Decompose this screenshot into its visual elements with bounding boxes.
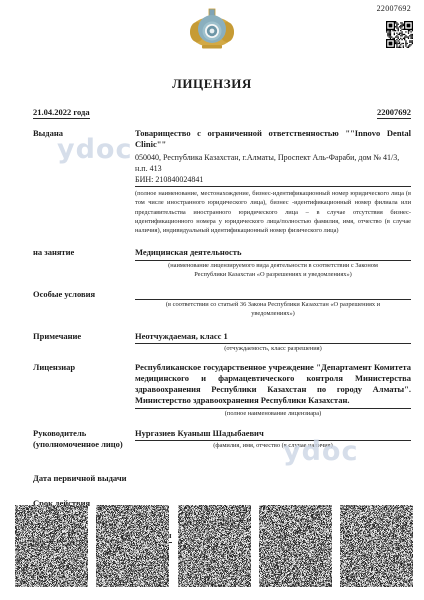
- stamp-barcode-block: [96, 505, 169, 587]
- field-activity-label: на занятие: [33, 247, 135, 258]
- stamp-barcode-block: [259, 505, 332, 587]
- field-head-label: Руководитель (уполномоченное лицо): [33, 428, 135, 450]
- field-licensor: Лицензиар Республиканское государственно…: [33, 362, 411, 419]
- licensee-name: Товарищество с ограниченной ответственно…: [135, 128, 411, 150]
- issue-line: 21.04.2022 года 22007692: [33, 107, 411, 119]
- field-activity-caption: (наименование лицензируемого вида деятел…: [135, 261, 411, 280]
- field-underline: [135, 186, 411, 187]
- document-header: 22007692: [0, 0, 424, 56]
- license-number: 22007692: [377, 107, 411, 119]
- field-special-conditions: Особые условия (в соответствии со статье…: [33, 289, 411, 319]
- field-head-caption: (фамилия, имя, отчество (в случае наличи…: [135, 441, 411, 451]
- head-value: Нургазиев Куаныш Шадыбаевич: [135, 428, 411, 439]
- licensee-address: 050040, Республика Казахстан, г.Алматы, …: [135, 153, 411, 174]
- document-number-top: 22007692: [377, 4, 411, 13]
- special-conditions-value: [135, 289, 411, 298]
- stamp-barcode-block: [340, 505, 413, 587]
- field-special-conditions-label: Особые условия: [33, 289, 135, 300]
- qr-code: [386, 21, 413, 48]
- licensor-value: Республиканское государственное учрежден…: [135, 362, 411, 407]
- stamp-barcode-row: [15, 505, 413, 587]
- field-note-caption: (отчуждаемость, класс разрешения): [135, 344, 411, 354]
- field-note: Примечание Неотчуждаемая, класс 1 (отчуж…: [33, 331, 411, 354]
- stamp-barcode-block: [178, 505, 251, 587]
- kazakhstan-coat-of-arms-icon: [189, 7, 235, 53]
- field-head: Руководитель (уполномоченное лицо) Нурга…: [33, 428, 411, 451]
- note-value: Неотчуждаемая, класс 1: [135, 331, 411, 342]
- field-special-conditions-caption: (в соответствии со статьей 36 Закона Рес…: [135, 300, 411, 319]
- field-first-issue-date: Дата первичной выдачи: [33, 473, 411, 484]
- license-document: 22007692 ЛИЦЕНЗИЯ 21.04.2022 года 220076…: [0, 0, 424, 600]
- activity-value: Медицинская деятельность: [135, 247, 411, 258]
- field-activity: на занятие Медицинская деятельность (наи…: [33, 247, 411, 279]
- fields: Выдана Товарищество с ограниченной ответ…: [33, 128, 411, 543]
- field-issued-to-caption: (полное наименование, местонахождение, б…: [135, 189, 411, 235]
- field-note-label: Примечание: [33, 331, 135, 342]
- field-issued-to: Выдана Товарищество с ограниченной ответ…: [33, 128, 411, 235]
- field-first-issue-date-label: Дата первичной выдачи: [33, 473, 135, 484]
- field-licensor-label: Лицензиар: [33, 362, 135, 373]
- field-licensor-caption: (полное наименование лицензиара): [135, 409, 411, 419]
- field-issued-to-label: Выдана: [33, 128, 135, 139]
- document-title: ЛИЦЕНЗИЯ: [0, 76, 424, 92]
- stamp-barcode-block: [15, 505, 88, 587]
- issue-date: 21.04.2022 года: [33, 107, 90, 119]
- licensee-bin: БИН: 210840024841: [135, 175, 411, 186]
